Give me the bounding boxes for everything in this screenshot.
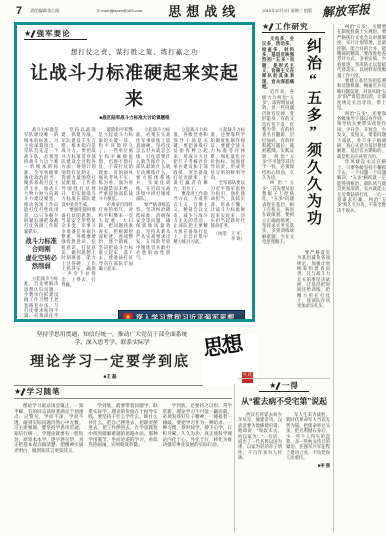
article-column: 破除和平积弊是立起战斗力标准的关键一环。和平环境待久了，一些单位滋生和平麻痹思想… [99, 127, 133, 322]
editor-credit: 责任编辑/张心阳 [30, 8, 59, 14]
section-tag-label: 工作研究 [275, 22, 309, 32]
body-paragraph: 作风建设永远在路上。只要各级坚持不懈抓下去，一个问题一个问题解决，“五多”痼疾就… [337, 159, 386, 213]
pen-stroke-icon [276, 382, 281, 390]
article-column: 军人生来为战胜。新时代革命军人当以先贤为镜，把使命举过头顶，把名利抛在身后，少一… [286, 412, 330, 530]
article-column: 学到底，就要带着问题学、联系实际学。理论的价值在于指导实践。要坚持干什么学什么、… [88, 403, 157, 529]
theory-article: 坚持学思用贯通、知信行统一，推动广大党员干部全面系统 学、深入思考学、联系实际学… [14, 330, 232, 533]
yide-article: ★ 一得 从“霍去病不受宅第”说起 西汉名将霍去病少年从军，屡建奇功。汉武帝要为… [238, 381, 330, 533]
body-paragraph: 战斗力标准是军队建设唯一的根本的标准。习主席深刻指出，军队首先是一个战斗队，必须… [24, 127, 58, 234]
article-column: 战斗力标准是军队建设唯一的根本的标准。习主席深刻指出，军队首先是一个战斗队，必须… [24, 127, 58, 322]
body-paragraph: 纠治“五多”，关键要在制度机制上立规矩。要严格执行文电会议审批制度，实行计划管理… [337, 24, 386, 78]
theory-headline: 理论学习一定要学到底 [14, 351, 206, 371]
theory-body: 理论学习最忌浅尝辄止、一知半解。有的同志读原著满足于划重点、记警句，学而不深、学… [14, 403, 232, 529]
section-tag-label: 学习随笔 [27, 386, 61, 397]
body-paragraph: 理论学习最忌浅尝辄止、一知半解。有的同志读原著满足于划重点、记警句，学而不深、学… [14, 403, 83, 453]
article-column: 立起战斗力标准，还要靠科学的制度机制作保证。要健全战斗力标准考评体系，细化量化评… [211, 127, 245, 322]
body-paragraph: 立起战斗力标准，还要靠科学的制度机制作保证。要健全战斗力标准考评体系，细化量化评… [211, 127, 245, 180]
page-number: 7 [16, 5, 22, 17]
work-study-article: ★ 工作研究 文电多、会议多、活动多、检查多、材料多，基层反映强烈的“五多”问题… [262, 22, 330, 379]
section-tag-yide: ★ 一得 [259, 381, 309, 392]
section-page-title: 思想战线 [168, 1, 240, 20]
article-column: 立起战斗力标准，必须在实战化军事训练上较真碰硬。坚持仗怎么打兵就怎么练，打仗需要… [136, 127, 170, 322]
body-paragraph: 全军部队要以习近平强军思想为指引，强化使命担当，真抓实备、常备不懈，让战斗力标准… [211, 180, 245, 228]
page-header: 7 责任编辑/张心阳 E-mail:jfjbsxzx@163.com 思想战线 … [0, 0, 386, 21]
column-text: 要严格落实为基层减负各项规定，加强计划统筹和督查问责，凡与战斗力无关的事坚决砍掉… [297, 250, 330, 378]
body-paragraph: 坚持以战领建、抓建为战。军队建设千头万绪，根本指向是战斗力。要把战斗力标准贯穿部… [61, 127, 95, 207]
article-column: 纠治“五多”须久久为功 要严格落实为基层减负各项规定，加强计划统筹和督查问责，凡… [297, 36, 330, 378]
star-emblem-icon: ★ [123, 313, 133, 323]
body-paragraph: 要严格落实为基层减负各项规定，加强计划统筹和督查问责，凡与战斗力无关的事坚决砍掉… [297, 250, 330, 309]
pen-stroke-icon [269, 23, 274, 31]
yide-headline: 从“霍去病不受宅第”说起 [238, 396, 330, 407]
article-column: 坚持以战领建、抓建为战。军队建设千头万绪，根本指向是战斗力。要把战斗力标准贯穿部… [61, 127, 95, 322]
column-subhead: 战斗力标准合则刚 虚化空转必然削弱 [24, 238, 58, 272]
body-paragraph: 近年来，各级大力纠治“五多”，取得明显成效，但一些问题仍时有反弹、变形隐身。有的… [262, 89, 294, 180]
body-paragraph: 学到底，还要持之以恒、常学常新。理论学习不可能一蹴而就，必须发扬钉钉子精神，一锤… [163, 403, 232, 448]
yide-author: ■李 强 [286, 463, 330, 468]
body-paragraph: 纠治“五多”，还要靠各级领导干部以身作则。领导机关要带头改进作风，少开会、开短会… [337, 111, 386, 160]
section-tag-xuexi: ★ 学习随笔 [14, 387, 77, 398]
section-tag-label: 一得 [282, 381, 299, 391]
date-line: 2019年12月4日 星期三 组版 [262, 8, 312, 14]
body-paragraph: 学到底，就要带着问题学、联系实际学。理论的价值在于指导实践。要坚持干什么学什么、… [88, 403, 157, 448]
body-paragraph: 立起战斗力标准，各级党委和领导干部是关键。要把备战打仗指挥棒立起来，用战斗力这把… [173, 127, 207, 191]
body-paragraph: 破除和平积弊是立起战斗力标准的关键一环。和平环境待久了，一些单位滋生和平麻痹思想… [99, 127, 133, 202]
pen-stroke-icon [21, 388, 26, 396]
vertical-divider [333, 24, 334, 533]
theme-banner: ★ 深入学习贯彻习近平强军思想 [118, 310, 245, 322]
main-article-box: ★ 强军要论 想打仗之责、谋打胜之策、练打赢之功 让战斗力标准硬起来实起来 ■战… [14, 22, 255, 322]
yide-body: 西汉名将霍去病少年从军，屡建奇功。汉武帝要为他修建府第，他却说：“匈奴未灭，何以… [238, 412, 330, 530]
main-headline: 让战斗力标准硬起来实起来 [24, 59, 245, 111]
body-paragraph: 要建立基层负担监测和反馈机制，畅通官兵反映问题渠道，对顶风搞“五多”的严肃追责问… [337, 78, 386, 110]
vertical-headline: 纠治“五多”须久久为功 [303, 38, 324, 246]
body-paragraph: 必须拿出刮骨疗毒的勇气，对和平积弊来一次大起底、大扫除，把问题找准查实，把根源挖… [99, 202, 133, 271]
body-paragraph: 西汉名将霍去病少年从军，屡建奇功。汉武帝要为他修建府第，他却说：“匈奴未灭，何以… [238, 412, 282, 461]
body-paragraph: 立起战斗力标准，必须在实战化军事训练上较真碰硬。坚持仗怎么打兵就怎么练，打仗需要… [136, 127, 170, 202]
body-paragraph: 要强化随时准备打仗的思想。当前安全形势复杂多变，军事斗争准备任务艰巨繁重。各级要… [61, 207, 95, 287]
work-study-continued-column: 纠治“五多”，关键要在制度机制上立规矩。要严格执行文电会议审批制度，实行计划管理… [337, 24, 386, 533]
stamp-calligraphy: 思想 [203, 334, 257, 360]
section-tag-label: 强军要论 [37, 28, 71, 39]
article-kicker: 坚持学思用贯通、知信行统一，推动广大党员干部全面系统 学、深入思考学、联系实际学 [16, 332, 208, 347]
article-attribution: （执笔：王 军、李 锐） [211, 231, 245, 242]
article-column: 文电多、会议多、活动多、检查多、材料多，基层反映强烈的“五多”问题，是形式主义、… [262, 36, 294, 376]
pen-stroke-icon [31, 30, 36, 38]
subsection-tag-row: ★ 学习随笔 [14, 385, 232, 399]
banner-slogan: 深入学习贯彻习近平强军思想 [136, 313, 235, 323]
newspaper-masthead: 解放军报 [321, 0, 370, 20]
article-column: 学到底，还要持之以恒、常学常新。理论学习不可能一蹴而就，必须发扬钉钉子精神，一锤… [163, 403, 232, 529]
body-paragraph: 要改进工作指导方式，力戒形式主义、官僚主义，精简会议文电，减少与战斗力无关的活动… [173, 191, 207, 244]
main-article-body: 战斗力标准是军队建设唯一的根本的标准。习主席深刻指出，军队首先是一个战斗队，必须… [24, 127, 245, 322]
body-paragraph: 要严格训练监察，坚决纠治降低标准、消极保安全等问题，确保训练质量效益。坚持从难从… [136, 202, 170, 261]
horizontal-divider [238, 378, 330, 379]
body-paragraph: 文电多、会议多、活动多、检查多、材料多，基层反映强烈的“五多”问题，是形式主义、… [262, 36, 294, 89]
email-address: E-mail:jfjbsxzx@163.com [97, 8, 142, 13]
article-kicker: 想打仗之责、谋打胜之策、练打赢之功 [24, 47, 245, 56]
theory-byline: ■王 磊 [14, 374, 206, 380]
section-tag-qiangjun: ★ 强军要论 [24, 29, 87, 40]
article-column: 立起战斗力标准，各级党委和领导干部是关键。要把备战打仗指挥棒立起来，用战斗力这把… [173, 127, 207, 322]
main-byline: ■战区陆军战斗力标准大讨论课题组 [24, 115, 245, 121]
article-column: 理论学习最忌浅尝辄止、一知半解。有的同志读原著满足于划重点、记警句，学而不深、学… [14, 403, 83, 529]
body-paragraph: 立起战斗力标准，首先要解决思想认识问题。少数单位抓建设搞工作习惯于老套路老办法，… [24, 276, 58, 322]
section-tag-work-study: ★ 工作研究 [262, 22, 325, 33]
vertical-divider [234, 384, 235, 533]
article-column: 西汉名将霍去病少年从军，屡建奇功。汉武帝要为他修建府第，他却说：“匈奴未灭，何以… [238, 412, 282, 530]
body-paragraph: 军人生来为战胜。新时代革命军人当以先贤为镜，把使命举过头顶，把名利抛在身后，少一… [286, 412, 330, 461]
work-study-columns: 文电多、会议多、活动多、检查多、材料多，基层反映强烈的“五多”问题，是形式主义、… [262, 36, 330, 378]
body-paragraph: 纠治“五多”，首先要从思想根子上挖病灶。“五多”问题表现在基层，根子在机关，病因… [262, 180, 294, 244]
